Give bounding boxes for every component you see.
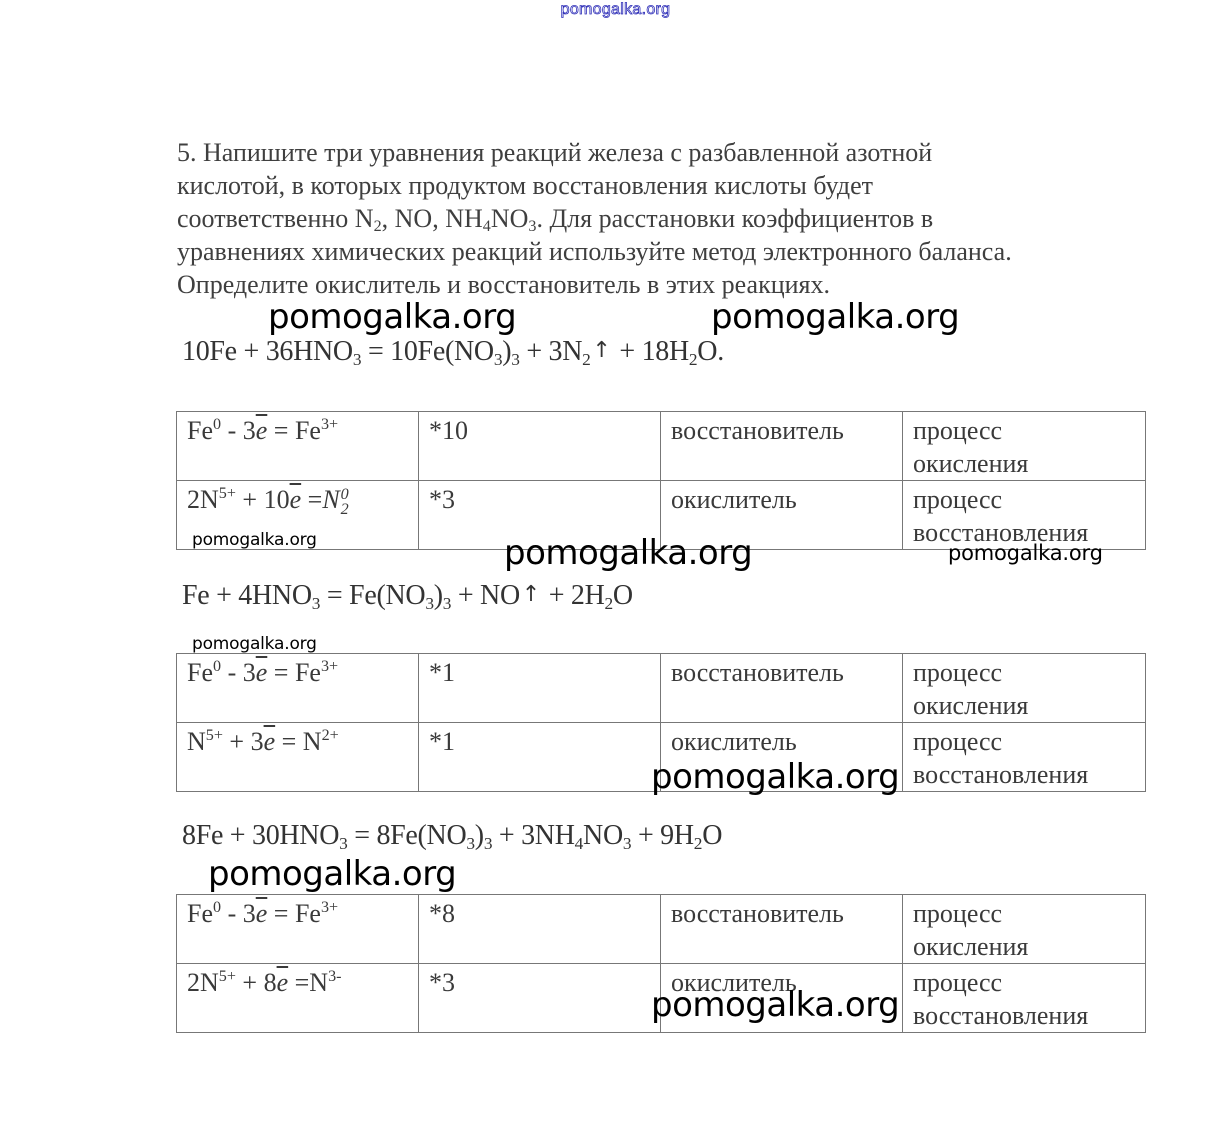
watermark: pomogalka.org xyxy=(268,297,516,337)
process-cell: процессвосстановления xyxy=(903,964,1146,1033)
watermark: pomogalka.org xyxy=(651,985,899,1025)
gas-arrow-icon: ↑ xyxy=(593,338,611,363)
table-row: Fe0 - 3e = Fe3+ *8 восстановитель процес… xyxy=(177,895,1146,964)
factor-cell: *1 xyxy=(419,654,661,723)
process-cell: процессокисления xyxy=(903,654,1146,723)
task-line-4: уравнениях химических реакций используйт… xyxy=(177,235,1137,268)
task-line-3: соответственно N2, NO, NH4NO3. Для расст… xyxy=(177,202,1137,235)
watermark: pomogalka.org xyxy=(192,530,317,550)
equation-2: Fe + 4HNO3 = Fe(NO3)3 + NO↑ + 2H2O xyxy=(182,580,633,612)
gas-arrow-icon: ↑ xyxy=(522,582,540,607)
role-cell: восстановитель xyxy=(661,654,903,723)
watermark: pomogalka.org xyxy=(948,541,1103,565)
task-line-2: кислотой, в которых продуктом восстановл… xyxy=(177,169,1137,202)
equation-3: 8Fe + 30HNO3 = 8Fe(NO3)3 + 3NH4NO3 + 9H2… xyxy=(182,820,722,852)
factor-cell: *3 xyxy=(419,964,661,1033)
factor-cell: *10 xyxy=(419,412,661,481)
process-cell: процессокисления xyxy=(903,412,1146,481)
watermark: pomogalka.org xyxy=(504,533,752,573)
watermark: pomogalka.org xyxy=(711,297,959,337)
half-reaction-cell: Fe0 - 3e = Fe3+ xyxy=(177,412,419,481)
watermark: pomogalka.org xyxy=(651,757,899,797)
task-statement: 5. Напишите три уравнения реакций железа… xyxy=(177,136,1137,301)
role-cell: восстановитель xyxy=(661,412,903,481)
factor-cell: *8 xyxy=(419,895,661,964)
process-cell: процессвосстановления xyxy=(903,723,1146,792)
half-reaction-cell: Fe0 - 3e = Fe3+ xyxy=(177,895,419,964)
half-reaction-cell: 2N5+ + 8e =N3- xyxy=(177,964,419,1033)
task-line-1: 5. Напишите три уравнения реакций железа… xyxy=(177,136,1137,169)
process-cell: процессвосстановления xyxy=(903,481,1146,550)
balance-table-1: Fe0 - 3e = Fe3+ *10 восстановитель проце… xyxy=(176,411,1146,550)
process-cell: процессокисления xyxy=(903,895,1146,964)
watermark: pomogalka.org xyxy=(208,854,456,894)
equation-1: 10Fe + 36HNO3 = 10Fe(NO3)3 + 3N2↑ + 18H2… xyxy=(182,336,724,368)
role-cell: восстановитель xyxy=(661,895,903,964)
table-row: Fe0 - 3e = Fe3+ *1 восстановитель процес… xyxy=(177,654,1146,723)
half-reaction-cell: Fe0 - 3e = Fe3+ xyxy=(177,654,419,723)
factor-cell: *1 xyxy=(419,723,661,792)
table-row: Fe0 - 3e = Fe3+ *10 восстановитель проце… xyxy=(177,412,1146,481)
half-reaction-cell: N5+ + 3e = N2+ xyxy=(177,723,419,792)
site-header-link[interactable]: pomogalka.org xyxy=(0,1,1231,19)
watermark: pomogalka.org xyxy=(192,634,317,654)
